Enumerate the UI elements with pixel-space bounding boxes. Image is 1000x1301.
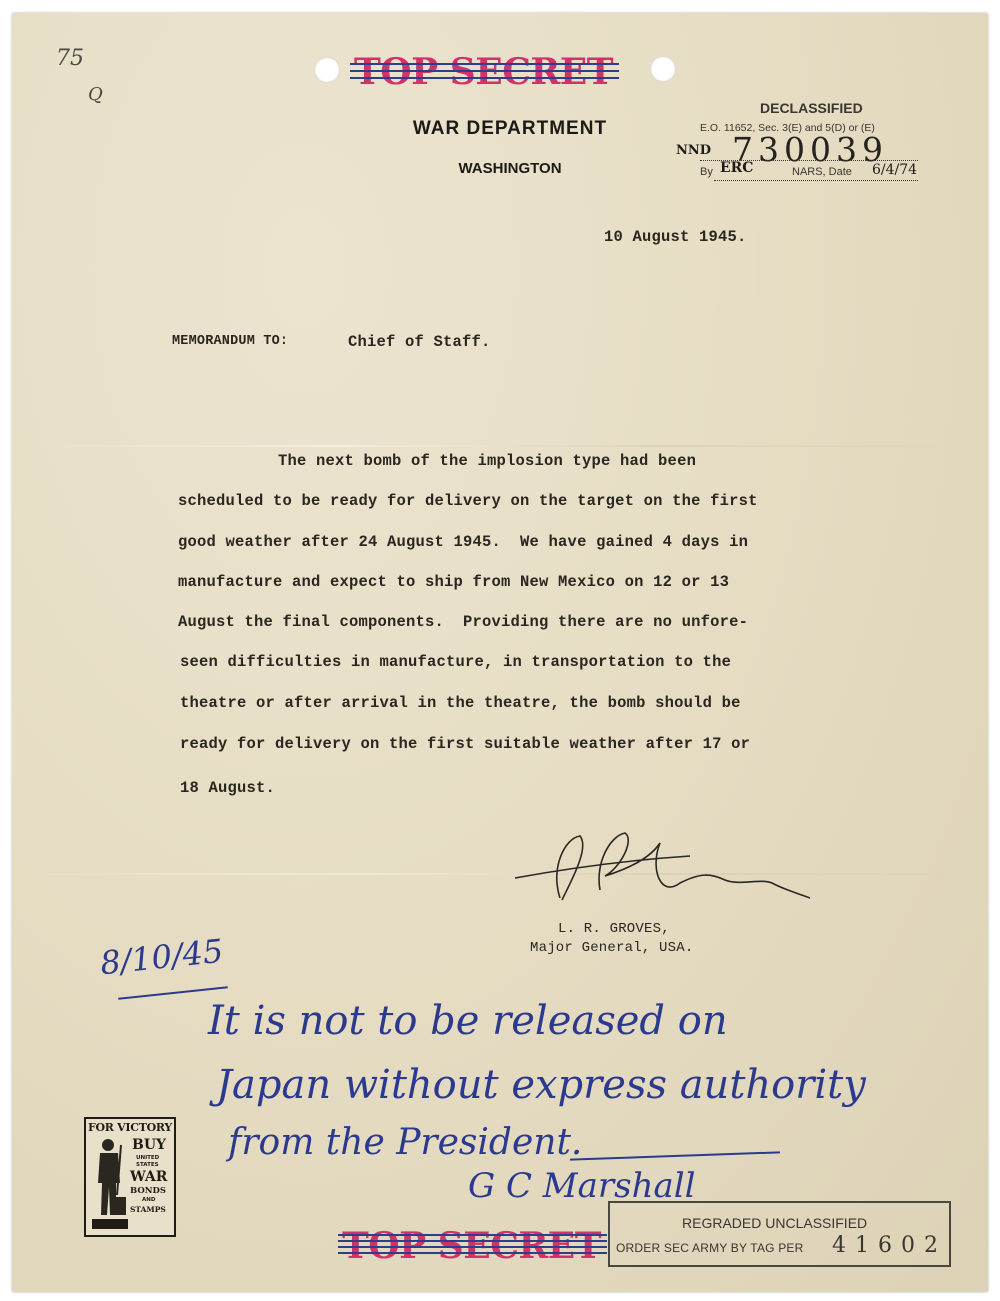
strike-line (350, 63, 619, 65)
annotation-line: Japan without express authority (216, 1062, 866, 1108)
minuteman-statue-icon (90, 1135, 130, 1233)
war-bonds-seal: FOR VICTORY BUY UNITED STATES WAR BONDS … (84, 1117, 176, 1237)
body-line: ready for delivery on the first suitable… (180, 735, 750, 753)
memorandum-label: MEMORANDUM TO: (172, 334, 288, 349)
regraded-stamp: REGRADED UNCLASSIFIED ORDER SEC ARMY BY … (608, 1201, 951, 1267)
body-line: The next bomb of the implosion type had … (278, 452, 696, 470)
regraded-title: REGRADED UNCLASSIFIED (682, 1215, 867, 1231)
classification-top: TOP SECRET (354, 54, 613, 90)
body-line: seen difficulties in manufacture, in tra… (180, 653, 731, 671)
regraded-order: ORDER SEC ARMY BY TAG PER (616, 1241, 804, 1255)
declassified-prefix: NND (676, 143, 711, 158)
paper-fold-upper (12, 445, 988, 447)
body-line: good weather after 24 August 1945. We ha… (178, 533, 748, 551)
strike-line (338, 1246, 607, 1248)
declassified-number: 730039 (732, 130, 888, 169)
declassified-by-value: ERC (720, 160, 753, 176)
body-line: 18 August. (180, 779, 275, 797)
body-line: theatre or after arrival in the theatre,… (180, 694, 741, 712)
strike-line (338, 1240, 607, 1242)
declassified-by-label: By (700, 166, 713, 178)
declassified-nars-label: NARS, Date (792, 166, 852, 178)
body-line: August the final components. Providing t… (178, 613, 748, 631)
bonds-states: STATES (136, 1162, 159, 1168)
declassified-title: DECLASSIFIED (760, 100, 863, 116)
declassified-date: 6/4/74 (872, 162, 917, 178)
classification-text: TOP SECRET (354, 54, 613, 90)
bonds-stamps: STAMPS (130, 1205, 166, 1214)
paper-fold-lower (12, 873, 988, 875)
pencil-mark-number: 75 (56, 46, 84, 71)
letterhead-city: WASHINGTON (370, 160, 650, 177)
punch-hole-left (314, 57, 340, 83)
declassified-stamp: DECLASSIFIED E.O. 11652, Sec. 3(E) and 5… (700, 100, 930, 185)
body-line: scheduled to be ready for delivery on th… (178, 492, 758, 510)
annotation-line: It is not to be released on (208, 998, 728, 1044)
regraded-number: 41602 (832, 1233, 947, 1258)
bonds-united: UNITED (136, 1155, 159, 1161)
signer-rank: Major General, USA. (530, 940, 693, 956)
memorandum-recipient: Chief of Staff. (348, 333, 491, 351)
strike-line (350, 77, 619, 79)
letterhead-department: WAR DEPARTMENT (370, 118, 650, 140)
memo-date: 10 August 1945. (604, 228, 747, 246)
pencil-mark-letter: Q (88, 84, 103, 105)
punch-hole-right (650, 56, 676, 82)
groves-signature (510, 828, 810, 913)
classification-bottom: TOP SECRET (342, 1228, 601, 1264)
bonds-bonds: BONDS (130, 1186, 166, 1196)
strike-line (350, 70, 619, 72)
declassified-rule (714, 180, 918, 181)
signature-scribble-icon (510, 828, 810, 908)
bonds-and: AND (142, 1197, 155, 1203)
strike-line (338, 1234, 607, 1236)
signer-name: L. R. GROVES, (558, 921, 670, 937)
annotation-signature: G C Marshall (468, 1166, 696, 1206)
bonds-buy: BUY (132, 1137, 166, 1153)
bonds-for-victory: FOR VICTORY (88, 1121, 172, 1134)
bonds-war: WAR (130, 1169, 167, 1185)
annotation-line: from the President. (228, 1122, 582, 1163)
strike-line (338, 1252, 607, 1254)
body-line: manufacture and expect to ship from New … (178, 573, 729, 591)
